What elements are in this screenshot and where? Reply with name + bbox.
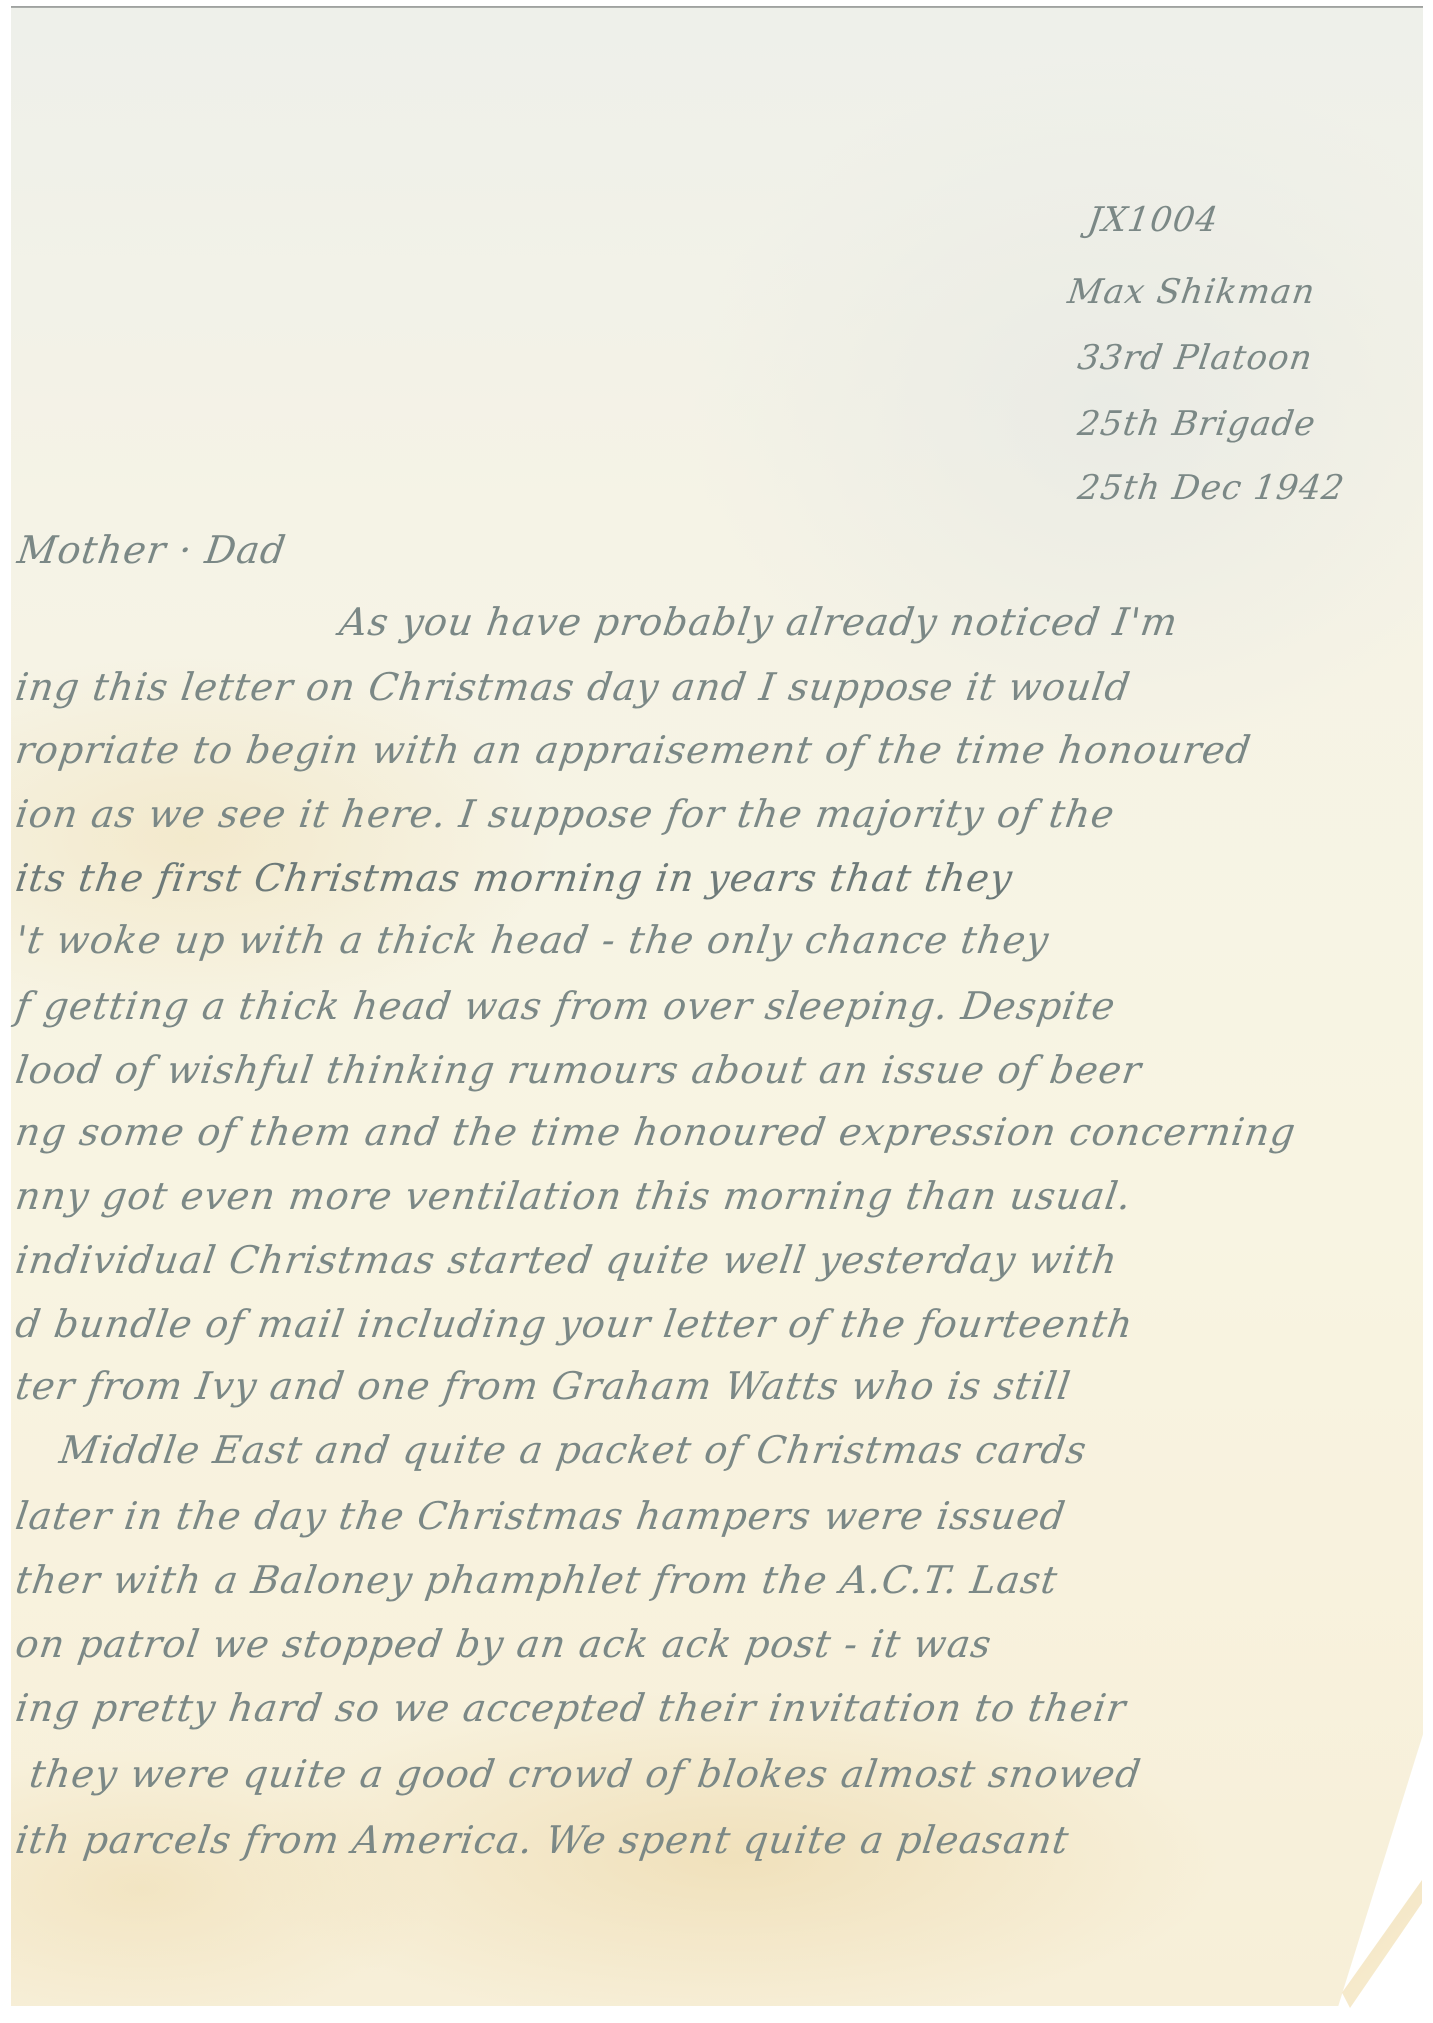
- body-line: lood of wishful thinking rumours about a…: [13, 1048, 1145, 1092]
- letter-scan: JX1004 Max Shikman 33rd Platoon 25th Bri…: [0, 0, 1433, 2023]
- sender-unit: 33rd Platoon: [1075, 338, 1315, 378]
- body-line: nny got even more ventilation this morni…: [13, 1174, 1135, 1218]
- body-line: later in the day the Christmas hampers w…: [13, 1494, 1069, 1538]
- letter-date: 25th Dec 1942: [1075, 468, 1347, 508]
- body-line: ther with a Baloney phamphlet from the A…: [13, 1558, 1061, 1602]
- body-line: on patrol we stopped by an ack ack post …: [13, 1622, 995, 1666]
- body-line: Middle East and quite a packet of Christ…: [57, 1428, 1090, 1472]
- salutation: Mother · Dad: [15, 528, 289, 572]
- body-line: ropriate to begin with an appraisement o…: [13, 728, 1254, 772]
- body-line: individual Christmas started quite well …: [13, 1238, 1121, 1282]
- body-line: ing this letter on Christmas day and I s…: [13, 665, 1134, 709]
- body-line: ter from Ivy and one from Graham Watts w…: [13, 1364, 1074, 1408]
- body-line: 't woke up with a thick head - the only …: [13, 918, 1052, 962]
- body-line: As you have probably already noticed I'm: [337, 600, 1181, 644]
- body-line: ing pretty hard so we accepted their inv…: [13, 1686, 1129, 1730]
- body-line: ith parcels from America. We spent quite…: [13, 1818, 1072, 1862]
- body-line: they were quite a good crowd of blokes a…: [27, 1752, 1144, 1796]
- body-line: ion as we see it here. I suppose for the…: [13, 792, 1118, 836]
- sender-brigade: 25th Brigade: [1075, 404, 1318, 444]
- sender-name: Max Shikman: [1065, 272, 1318, 312]
- service-number: JX1004: [1085, 200, 1221, 240]
- body-line: d bundle of mail including your letter o…: [13, 1302, 1136, 1346]
- body-line: its the first Christmas morning in years…: [13, 856, 1016, 900]
- body-line: f getting a thick head was from over sle…: [13, 984, 1119, 1028]
- body-line: ng some of them and the time honoured ex…: [13, 1110, 1299, 1154]
